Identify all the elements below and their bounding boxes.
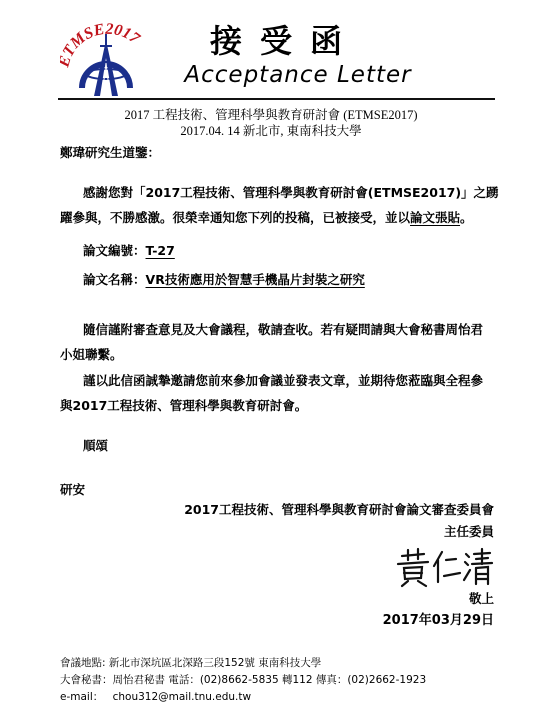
etmse-emblem-icon: ETMSE2017 bbox=[60, 18, 152, 100]
paper-id-row: 論文編號：T-27 bbox=[83, 243, 175, 259]
paper-title-value: VR技術應用於智慧手機晶片封裝之研究 bbox=[146, 272, 365, 287]
paragraph-3-line-2: 與2017工程技術、管理科學與教育研討會。 bbox=[60, 398, 307, 414]
letter-date: 2017年03月29日 bbox=[383, 613, 494, 629]
paragraph-2-line-1: 隨信謹附審查意見及大會議程，敬請查收。若有疑問請與大會秘書周怡君 bbox=[83, 322, 483, 338]
signature bbox=[394, 546, 494, 588]
committee-name: 2017工程技術、管理科學與教育研討會論文審查委員會 bbox=[184, 502, 494, 518]
paragraph-1-line-2: 躍參與，不勝感激。很榮幸通知您下列的投稿，已被接受，並以論文張貼。 bbox=[60, 210, 473, 226]
respectfully-sign-off: 敬上 bbox=[469, 591, 494, 607]
paragraph-1-line-1: 感謝您對「2017工程技術、管理科學與教育研討會(ETMSE2017)」之踴 bbox=[83, 185, 499, 201]
footer-email-row: e-mail： chou312@mail.tnu.edu.tw bbox=[60, 689, 251, 704]
salutation: 鄭瑋研究生道鑒： bbox=[60, 145, 160, 161]
handwritten-signature-icon bbox=[394, 546, 494, 588]
email-address[interactable]: chou312@mail.tnu.edu.tw bbox=[113, 691, 251, 703]
paragraph-2-line-2: 小姐聯繫。 bbox=[60, 347, 123, 363]
paragraph-1-end: 。 bbox=[460, 210, 473, 225]
title-english: Acceptance Letter bbox=[168, 62, 428, 88]
paper-title-label: 論文名稱： bbox=[83, 272, 146, 287]
header-divider bbox=[58, 98, 495, 100]
paragraph-3-line-1: 謹以此信函誠摯邀請您前來參加會議並發表文章，並期待您蒞臨與全程參 bbox=[83, 373, 483, 389]
footer-venue: 會議地點: 新北市深坑區北深路三段152號 東南科技大學 bbox=[60, 655, 321, 670]
title-chinese: 接受函 bbox=[190, 16, 380, 62]
footer-secretary-contact: 大會秘書：周怡君秘書 電話：(02)8662-5835 轉112 傳真：(02)… bbox=[60, 672, 426, 687]
closing-phrase: 順頌 bbox=[83, 438, 108, 454]
presentation-type: 論文張貼 bbox=[410, 210, 460, 225]
etmse-logo: ETMSE2017 bbox=[60, 18, 152, 100]
paper-title-row: 論文名稱：VR技術應用於智慧手機晶片封裝之研究 bbox=[83, 272, 365, 288]
paragraph-1-text: 躍參與，不勝感激。很榮幸通知您下列的投稿，已被接受，並以 bbox=[60, 210, 410, 225]
email-label: e-mail： bbox=[60, 691, 103, 703]
conference-date-location: 2017.04. 14 新北市, 東南科技大學 bbox=[0, 121, 542, 139]
paper-id-value: T-27 bbox=[146, 243, 175, 258]
paper-id-label: 論文編號： bbox=[83, 243, 146, 258]
closing-phrase-2: 研安 bbox=[60, 482, 85, 498]
chair-title: 主任委員 bbox=[444, 524, 494, 540]
